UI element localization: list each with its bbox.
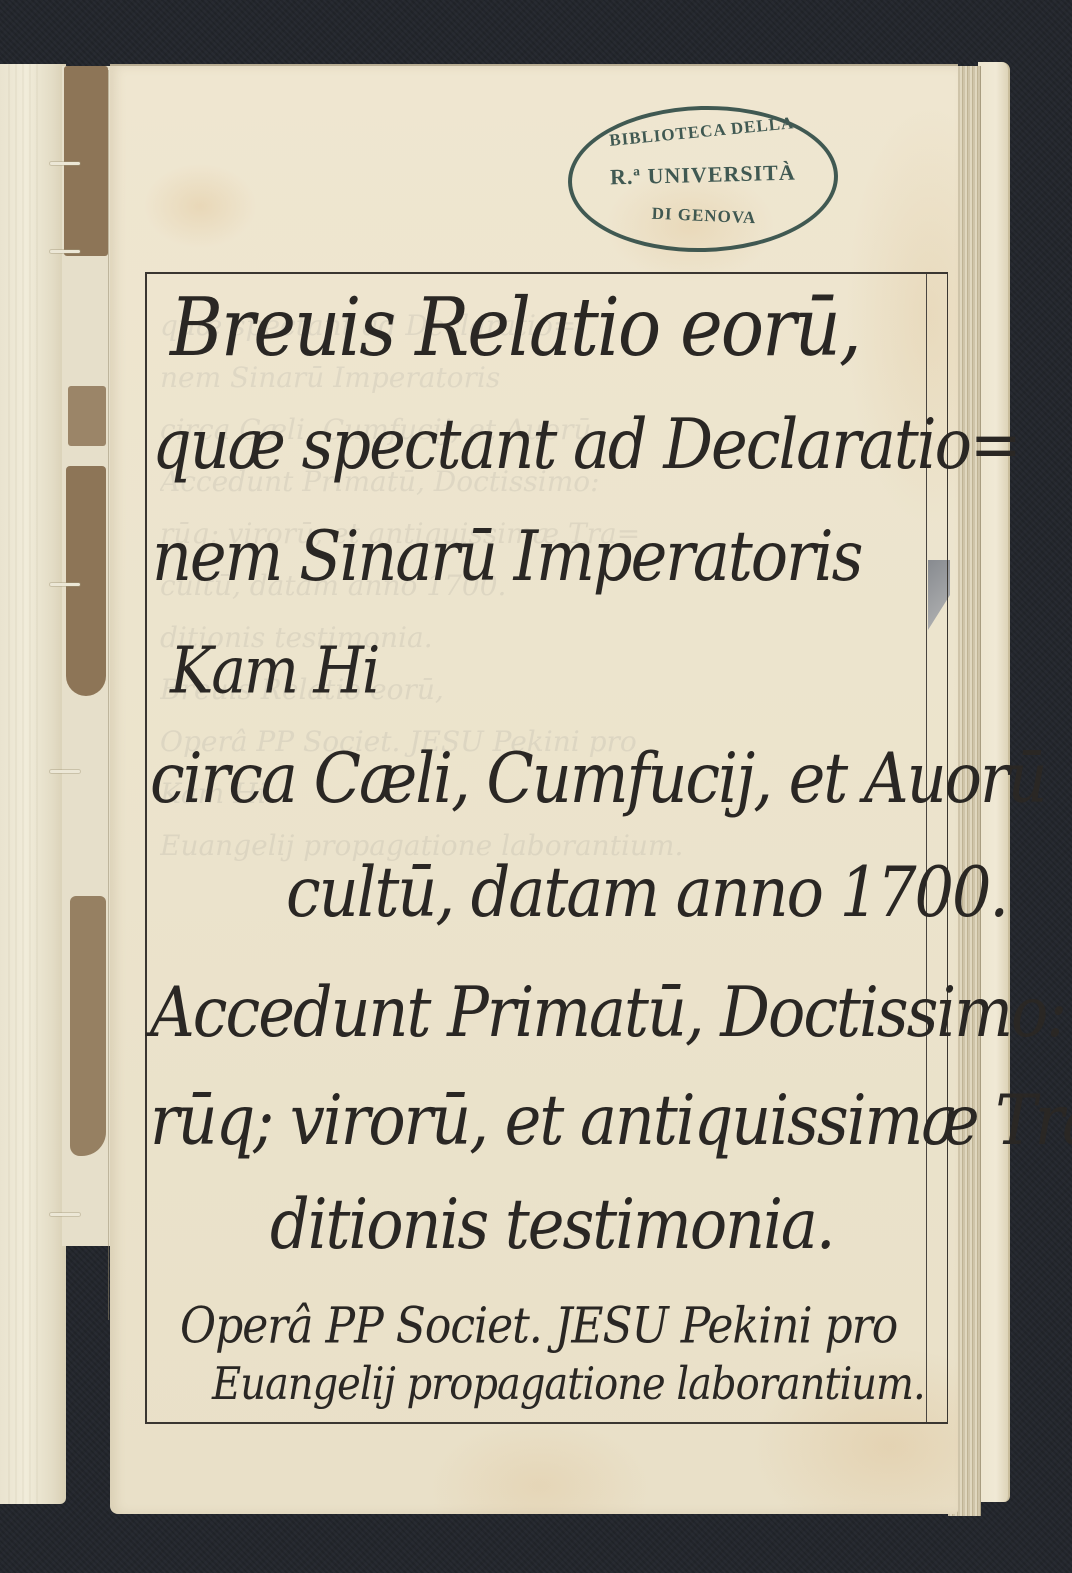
binding-thread bbox=[50, 583, 80, 586]
binding-thread bbox=[50, 250, 80, 253]
title-line: Breuis Relatio eorū, bbox=[170, 280, 860, 374]
stamp-line-3: DI GENOVA bbox=[573, 200, 836, 231]
tape-strip bbox=[64, 66, 108, 256]
attribution-line: Euangelij propagatione laborantium. bbox=[212, 1358, 925, 1410]
gutter-line bbox=[108, 70, 109, 1320]
title-line: Accedunt Primatū, Doctissimo: bbox=[150, 971, 1065, 1053]
title-line: rūq; virorū, et antiquissimæ Tra= bbox=[150, 1079, 1072, 1161]
left-flyleaf bbox=[0, 64, 66, 1504]
manuscript-scan: BIBLIOTECA DELLA R.ª UNIVERSITÀ DI GENOV… bbox=[0, 0, 1072, 1573]
spine-binding bbox=[62, 66, 110, 1246]
binding-thread bbox=[50, 162, 80, 165]
title-line: nem Sinarū Imperatoris bbox=[152, 515, 861, 597]
stamp-line-2: R.ª UNIVERSITÀ bbox=[572, 159, 835, 192]
attribution-line: Operâ PP Societ. JESU Pekini pro bbox=[180, 1298, 897, 1355]
title-line: circa Cæli, Cumfucij, et Auorū bbox=[150, 737, 1046, 819]
tape-strip bbox=[66, 466, 106, 696]
title-line: ditionis testimonia. bbox=[270, 1183, 834, 1265]
binding-thread bbox=[50, 770, 80, 773]
binding-thread bbox=[50, 1213, 80, 1216]
title-line: Kam Hi bbox=[170, 632, 378, 708]
title-line: quæ spectant ad Declaratio= bbox=[152, 403, 1020, 485]
title-line: cultū, datam anno 1700. bbox=[286, 851, 1007, 933]
tape-strip bbox=[68, 386, 106, 446]
tape-strip bbox=[70, 896, 106, 1156]
